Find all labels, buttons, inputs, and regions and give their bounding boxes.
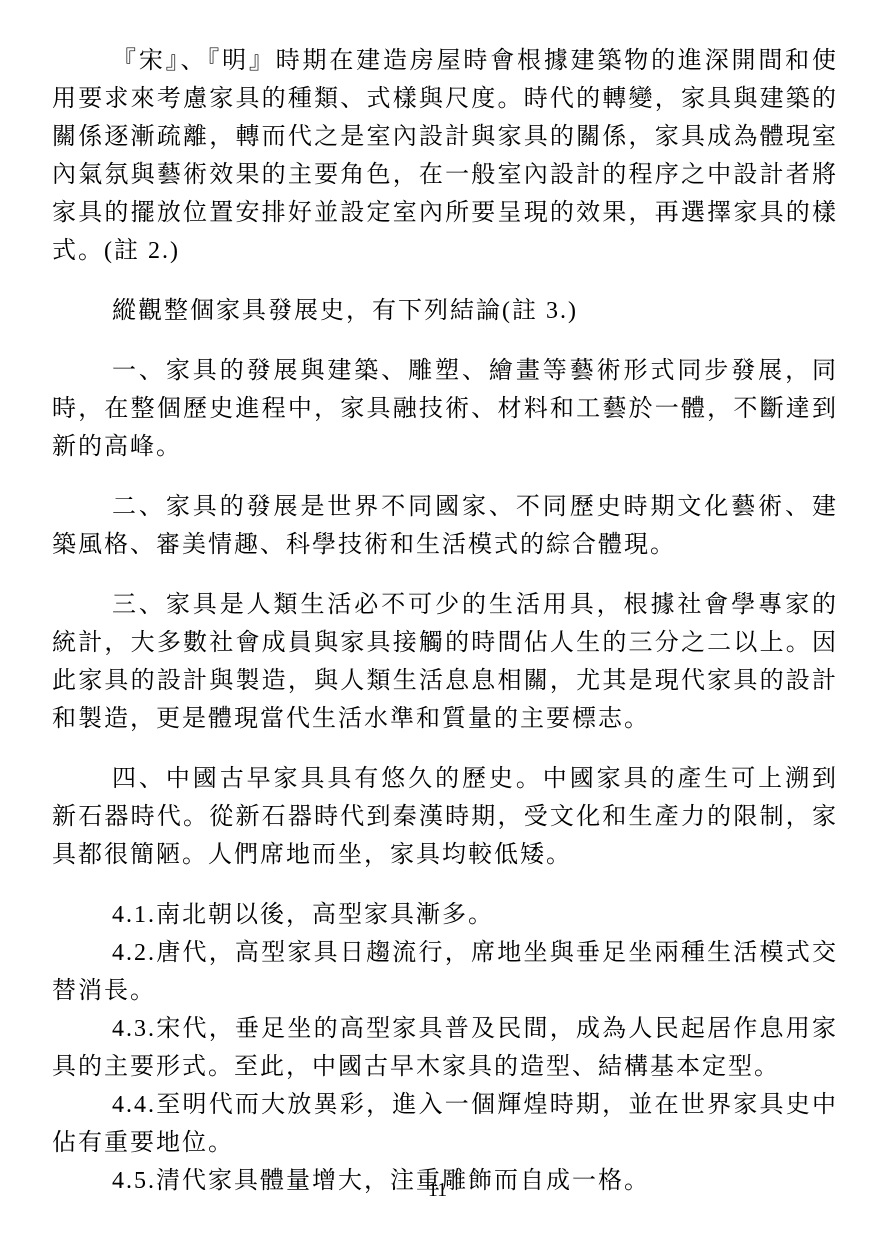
text-body: 『宋』、『明』時期在建造房屋時會根據建築物的進深開間和使用要求來考慮家具的種類、… (52, 42, 838, 1200)
paragraph-conclusion-4: 四、中國古早家具具有悠久的歷史。中國家具的產生可上溯到新石器時代。從新石器時代到… (52, 760, 838, 874)
numbered-item-4-2: 4.2.唐代，高型家具日趨流行，席地坐與垂足坐兩種生活模式交替消長。 (52, 934, 838, 1010)
paragraph-conclusion-1: 一、家具的發展與建築、雕塑、繪畫等藝術形式同步發展，同時，在整個歷史進程中，家具… (52, 352, 838, 466)
numbered-item-4-1: 4.1.南北朝以後，高型家具漸多。 (52, 896, 838, 934)
numbered-item-4-4: 4.4.至明代而大放異彩，進入一個輝煌時期，並在世界家具史中佔有重要地位。 (52, 1086, 838, 1162)
document-page: 『宋』、『明』時期在建造房屋時會根據建築物的進深開間和使用要求來考慮家具的種類、… (0, 0, 875, 1240)
paragraph-conclusion-2: 二、家具的發展是世界不同國家、不同歷史時期文化藝術、建築風格、審美情趣、科學技術… (52, 488, 838, 564)
paragraph-history-overview: 縱觀整個家具發展史，有下列結論(註 3.) (52, 292, 838, 330)
paragraph-song-ming-intro: 『宋』、『明』時期在建造房屋時會根據建築物的進深開間和使用要求來考慮家具的種類、… (52, 42, 838, 270)
page-number: 11 (0, 1178, 875, 1202)
paragraph-conclusion-3: 三、家具是人類生活必不可少的生活用具，根據社會學專家的統計，大多數社會成員與家具… (52, 586, 838, 738)
numbered-item-4-3: 4.3.宋代，垂足坐的高型家具普及民間，成為人民起居作息用家具的主要形式。至此，… (52, 1010, 838, 1086)
